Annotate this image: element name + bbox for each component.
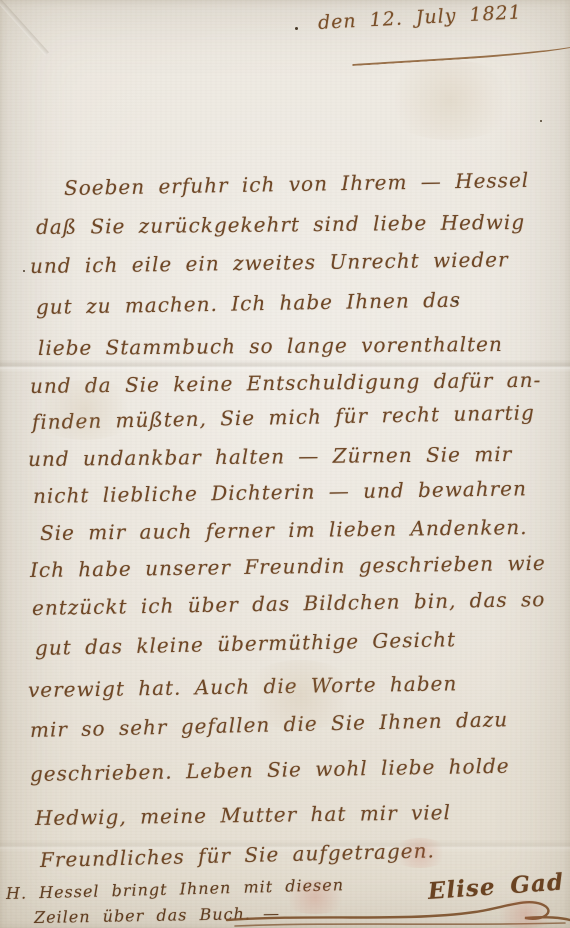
postscript-line: Zeilen über das Buch. — xyxy=(34,904,280,927)
letter-line: geschrieben. Leben Sie wohl liebe holde xyxy=(30,754,510,786)
letter-line: Freundliches für Sie aufgetragen. xyxy=(40,838,435,872)
postscript-line: H. Hessel bringt Ihnen mit diesen xyxy=(6,875,345,903)
ink-speck xyxy=(23,270,25,272)
letter-line: liebe Stammbuch so lange vorenthalten xyxy=(38,332,503,360)
letter-line: und undankbar halten — Zürnen Sie mir xyxy=(28,442,512,471)
fold-crease xyxy=(0,0,49,56)
letter-line: Hedwig, meine Mutter hat mir viel xyxy=(35,800,451,830)
letter-line: nicht liebliche Dichterin — und bewahren xyxy=(33,476,527,508)
ink-speck xyxy=(295,27,298,30)
letter-line: finden müßten, Sie mich für recht unarti… xyxy=(32,400,535,434)
letter-line: gut zu machen. Ich habe Ihnen das xyxy=(36,288,461,319)
stain xyxy=(490,900,560,928)
letter-page: den 12. July 1821 Soeben erfuhr ich von … xyxy=(0,0,570,928)
date-line: den 12. July 1821 xyxy=(317,1,522,34)
letter-line: Ich habe unserer Freundin geschrieben wi… xyxy=(30,551,546,582)
letter-line: daß Sie zurückgekehrt sind liebe Hedwig xyxy=(36,210,525,239)
letter-line: Soeben erfuhr ich von Ihrem — Hessel xyxy=(64,168,530,200)
date-underline-flourish xyxy=(352,42,570,66)
letter-line: verewigt hat. Auch die Worte haben xyxy=(28,671,458,702)
letter-line: entzückt ich über das Bildchen bin, das … xyxy=(32,587,546,620)
stain xyxy=(380,60,520,140)
letter-line: gut das kleine übermüthige Gesicht xyxy=(35,627,456,660)
signature: Elise Gad xyxy=(427,869,565,905)
ink-speck xyxy=(540,120,542,122)
letter-line: und da Sie keine Entschuldigung dafür an… xyxy=(30,368,542,398)
letter-line: mir so sehr gefallen die Sie Ihnen dazu xyxy=(30,707,509,742)
letter-line: Sie mir auch ferner im lieben Andenken. xyxy=(40,515,528,545)
letter-line: und ich eile ein zweites Unrecht wieder xyxy=(30,247,509,278)
